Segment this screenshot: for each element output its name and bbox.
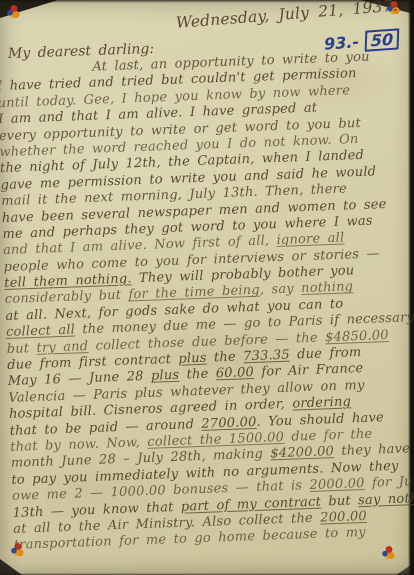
handwritten-text: considerably but bbox=[5, 288, 129, 308]
underlined-text: 2000.00 bbox=[309, 476, 365, 493]
underlined-text: nothing bbox=[301, 280, 354, 297]
underlined-text: 2700.00 bbox=[201, 414, 257, 431]
underlined-text: $4850.00 bbox=[325, 328, 389, 345]
letter-body: At last, an opportunity to write to youI… bbox=[0, 48, 414, 554]
handwritten-text: due from bbox=[290, 345, 362, 363]
letter-scan: Wednesday, July 21, 1937. 93.-50 My dear… bbox=[0, 0, 414, 575]
underlined-text: plus bbox=[178, 351, 207, 367]
underlined-text: ordering bbox=[292, 395, 351, 412]
underlined-text: collect all bbox=[6, 323, 76, 341]
underlined-text: $4200.00 bbox=[270, 444, 334, 461]
handwritten-text: they have bbox=[334, 442, 411, 460]
handwritten-text: due for the bbox=[284, 427, 373, 445]
underlined-text: try and bbox=[36, 339, 88, 356]
underlined-text: 60.00 bbox=[216, 365, 255, 381]
handwritten-text: but bbox=[321, 493, 359, 509]
underlined-text: plus bbox=[151, 368, 180, 384]
handwritten-text: for July bbox=[364, 474, 414, 491]
handwritten-text: , say bbox=[260, 282, 302, 299]
handwritten-text: the bbox=[179, 367, 216, 383]
underlined-text: 200.00 bbox=[320, 509, 367, 526]
handwritten-text: but bbox=[6, 341, 36, 357]
underlined-text: ignore all bbox=[276, 231, 344, 248]
underlined-text: 733.35 bbox=[243, 348, 290, 365]
handwritten-text: the bbox=[206, 349, 243, 365]
